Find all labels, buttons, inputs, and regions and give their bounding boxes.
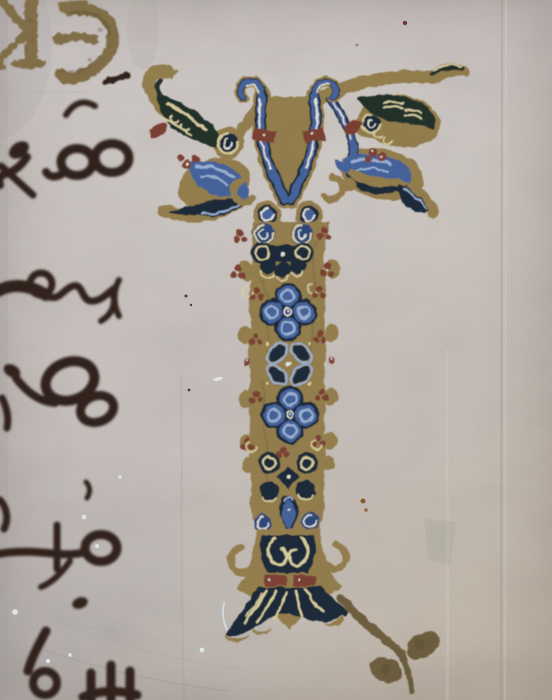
parchment-grain-overlay <box>0 0 552 700</box>
manuscript-photo: Illuminated manuscript initial on parchm… <box>0 0 552 700</box>
manuscript-illustration: Illuminated manuscript initial on parchm… <box>0 0 552 700</box>
